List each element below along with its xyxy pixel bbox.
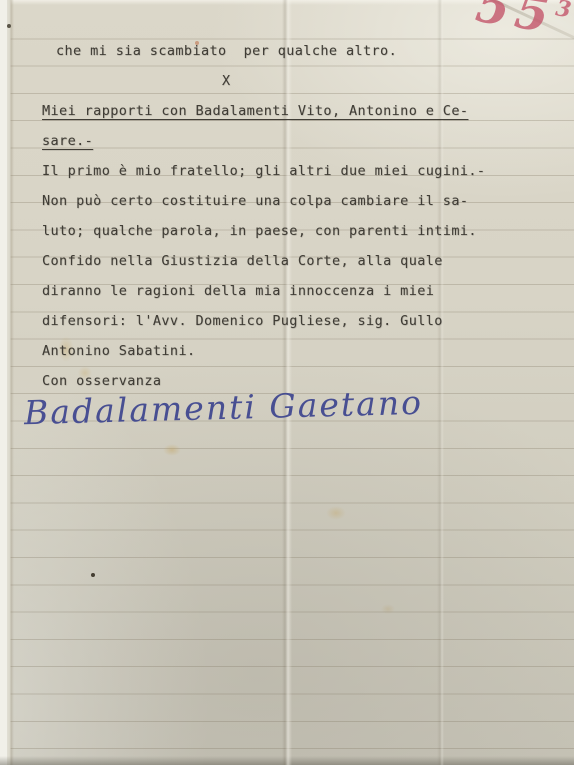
typed-line: diranno le ragioni della mia innoccenza …	[42, 276, 574, 306]
document-photo: 553 che mi sia scambiato per qualche alt…	[0, 0, 574, 765]
typed-line: Non può certo costituire una colpa cambi…	[42, 186, 574, 216]
typed-line: luto; qualche parola, in paese, con pare…	[42, 216, 574, 246]
paper-left-edge	[0, 0, 14, 765]
paper-stain	[326, 506, 346, 520]
section-separator-x: X	[42, 66, 574, 96]
paper-stain	[381, 604, 395, 614]
typed-line: Il primo è mio fratello; gli altri due m…	[42, 156, 574, 186]
page-number-superscript: 3	[554, 0, 573, 23]
typed-line: Antonino Sabatini.	[42, 336, 574, 366]
typed-line: Confido nella Giustizia della Corte, all…	[42, 246, 574, 276]
typed-text-block: che mi sia scambiato per qualche altro. …	[42, 36, 574, 396]
section-heading-line-1: Miei rapporti con Badalamenti Vito, Anto…	[42, 96, 574, 126]
paper-stain	[163, 444, 181, 456]
section-heading-line-2: sare.-	[42, 133, 93, 149]
typed-line: che mi sia scambiato per qualche altro.	[42, 36, 574, 66]
ink-speck	[91, 573, 95, 577]
typed-line: difensori: l'Avv. Domenico Pugliese, sig…	[42, 306, 574, 336]
